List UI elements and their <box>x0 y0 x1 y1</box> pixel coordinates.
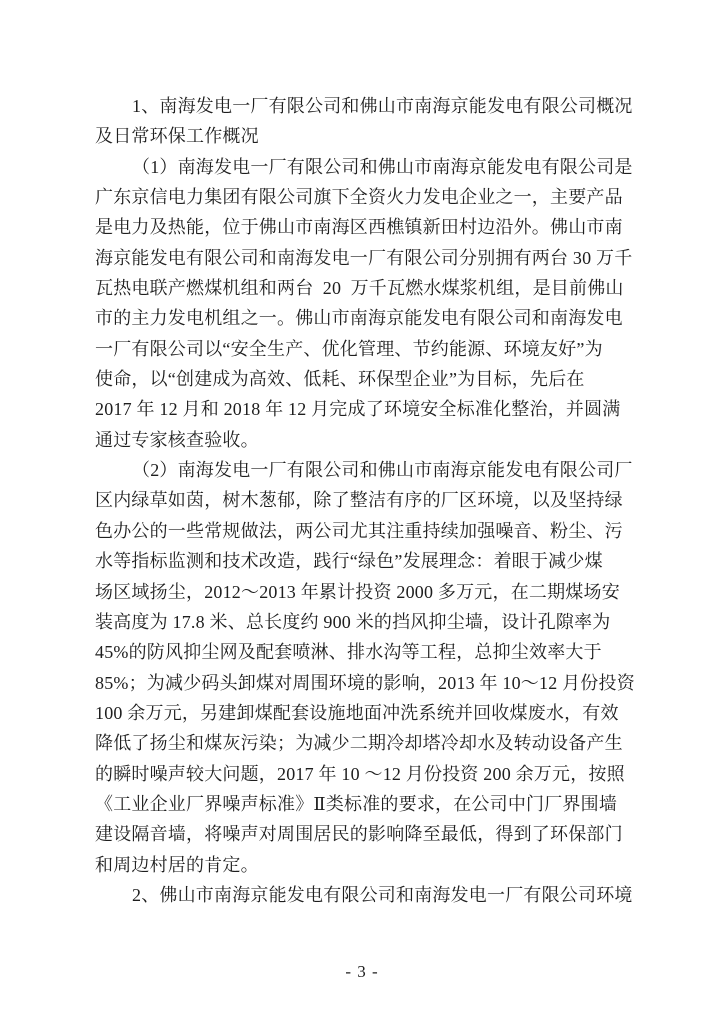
text-line: 使命，以“创建成为高效、低耗、环保型企业”为目标，先后在 <box>95 364 622 394</box>
text-line: 和周边村居的肯定。 <box>95 850 622 880</box>
text-line: 45%的防风抑尘网及配套喷淋、排水沟等工程，总抑尘效率大于 <box>95 637 622 667</box>
text-line: 广东京信电力集团有限公司旗下全资火力发电企业之一，主要产品 <box>95 182 622 212</box>
text-line: 100 余万元，另建卸煤配套设施地面冲洗系统并回收煤废水，有效 <box>95 698 622 728</box>
text-line: 装高度为 17.8 米、总长度约 900 米的挡风抑尘墙，设计孔隙率为 <box>95 607 622 637</box>
text-line: （2）南海发电一厂有限公司和佛山市南海京能发电有限公司厂 <box>95 455 622 485</box>
text-line: 水等指标监测和技术改造，践行“绿色”发展理念：着眼于减少煤 <box>95 546 622 576</box>
text-line: 《工业企业厂界噪声标准》Ⅱ类标准的要求，在公司中门厂界围墙 <box>95 789 622 819</box>
page-footer: - 3 - <box>0 960 724 984</box>
page-number: - 3 - <box>345 962 378 981</box>
text-line: 海京能发电有限公司和南海发电一厂有限公司分别拥有两台 30 万千 <box>95 243 622 273</box>
text-line: 瓦热电联产燃煤机组和两台 20 万千瓦燃水煤浆机组，是目前佛山 <box>95 273 622 303</box>
text-line: 1、南海发电一厂有限公司和佛山市南海京能发电有限公司概况 <box>95 91 622 121</box>
text-line: 2017 年 12 月和 2018 年 12 月完成了环境安全标准化整治，并圆满 <box>95 394 622 424</box>
text-line: 区内绿草如茵，树木葱郁，除了整洁有序的厂区环境，以及坚持绿 <box>95 485 622 515</box>
text-line: 降低了扬尘和煤灰污染；为减少二期冷却塔冷却水及转动设备产生 <box>95 728 622 758</box>
text-line: 色办公的一些常规做法，两公司尤其注重持续加强噪音、粉尘、污 <box>95 516 622 546</box>
text-line: 建设隔音墙，将噪声对周围居民的影响降至最低，得到了环保部门 <box>95 819 622 849</box>
text-line: 场区域扬尘，2012～2013 年累计投资 2000 多万元，在二期煤场安 <box>95 577 622 607</box>
text-line: 一厂有限公司以“安全生产、优化管理、节约能源、环境友好”为 <box>95 334 622 364</box>
document-text-body: 1、南海发电一厂有限公司和佛山市南海京能发电有限公司概况及日常环保工作概况（1）… <box>95 91 622 910</box>
text-line: 是电力及热能，位于佛山市南海区西樵镇新田村边沿外。佛山市南 <box>95 212 622 242</box>
text-line: 的瞬时噪声较大问题，2017 年 10 ～12 月份投资 200 余万元，按照 <box>95 759 622 789</box>
text-line: 通过专家核查验收。 <box>95 425 622 455</box>
text-line: （1）南海发电一厂有限公司和佛山市南海京能发电有限公司是 <box>95 152 622 182</box>
text-line: 市的主力发电机组之一。佛山市南海京能发电有限公司和南海发电 <box>95 303 622 333</box>
document-page: 1、南海发电一厂有限公司和佛山市南海京能发电有限公司概况及日常环保工作概况（1）… <box>0 0 724 1024</box>
text-line: 及日常环保工作概况 <box>95 121 622 151</box>
text-line: 2、佛山市南海京能发电有限公司和南海发电一厂有限公司环境 <box>95 880 622 910</box>
text-line: 85%；为减少码头卸煤对周围环境的影响，2013 年 10～12 月份投资 <box>95 668 622 698</box>
